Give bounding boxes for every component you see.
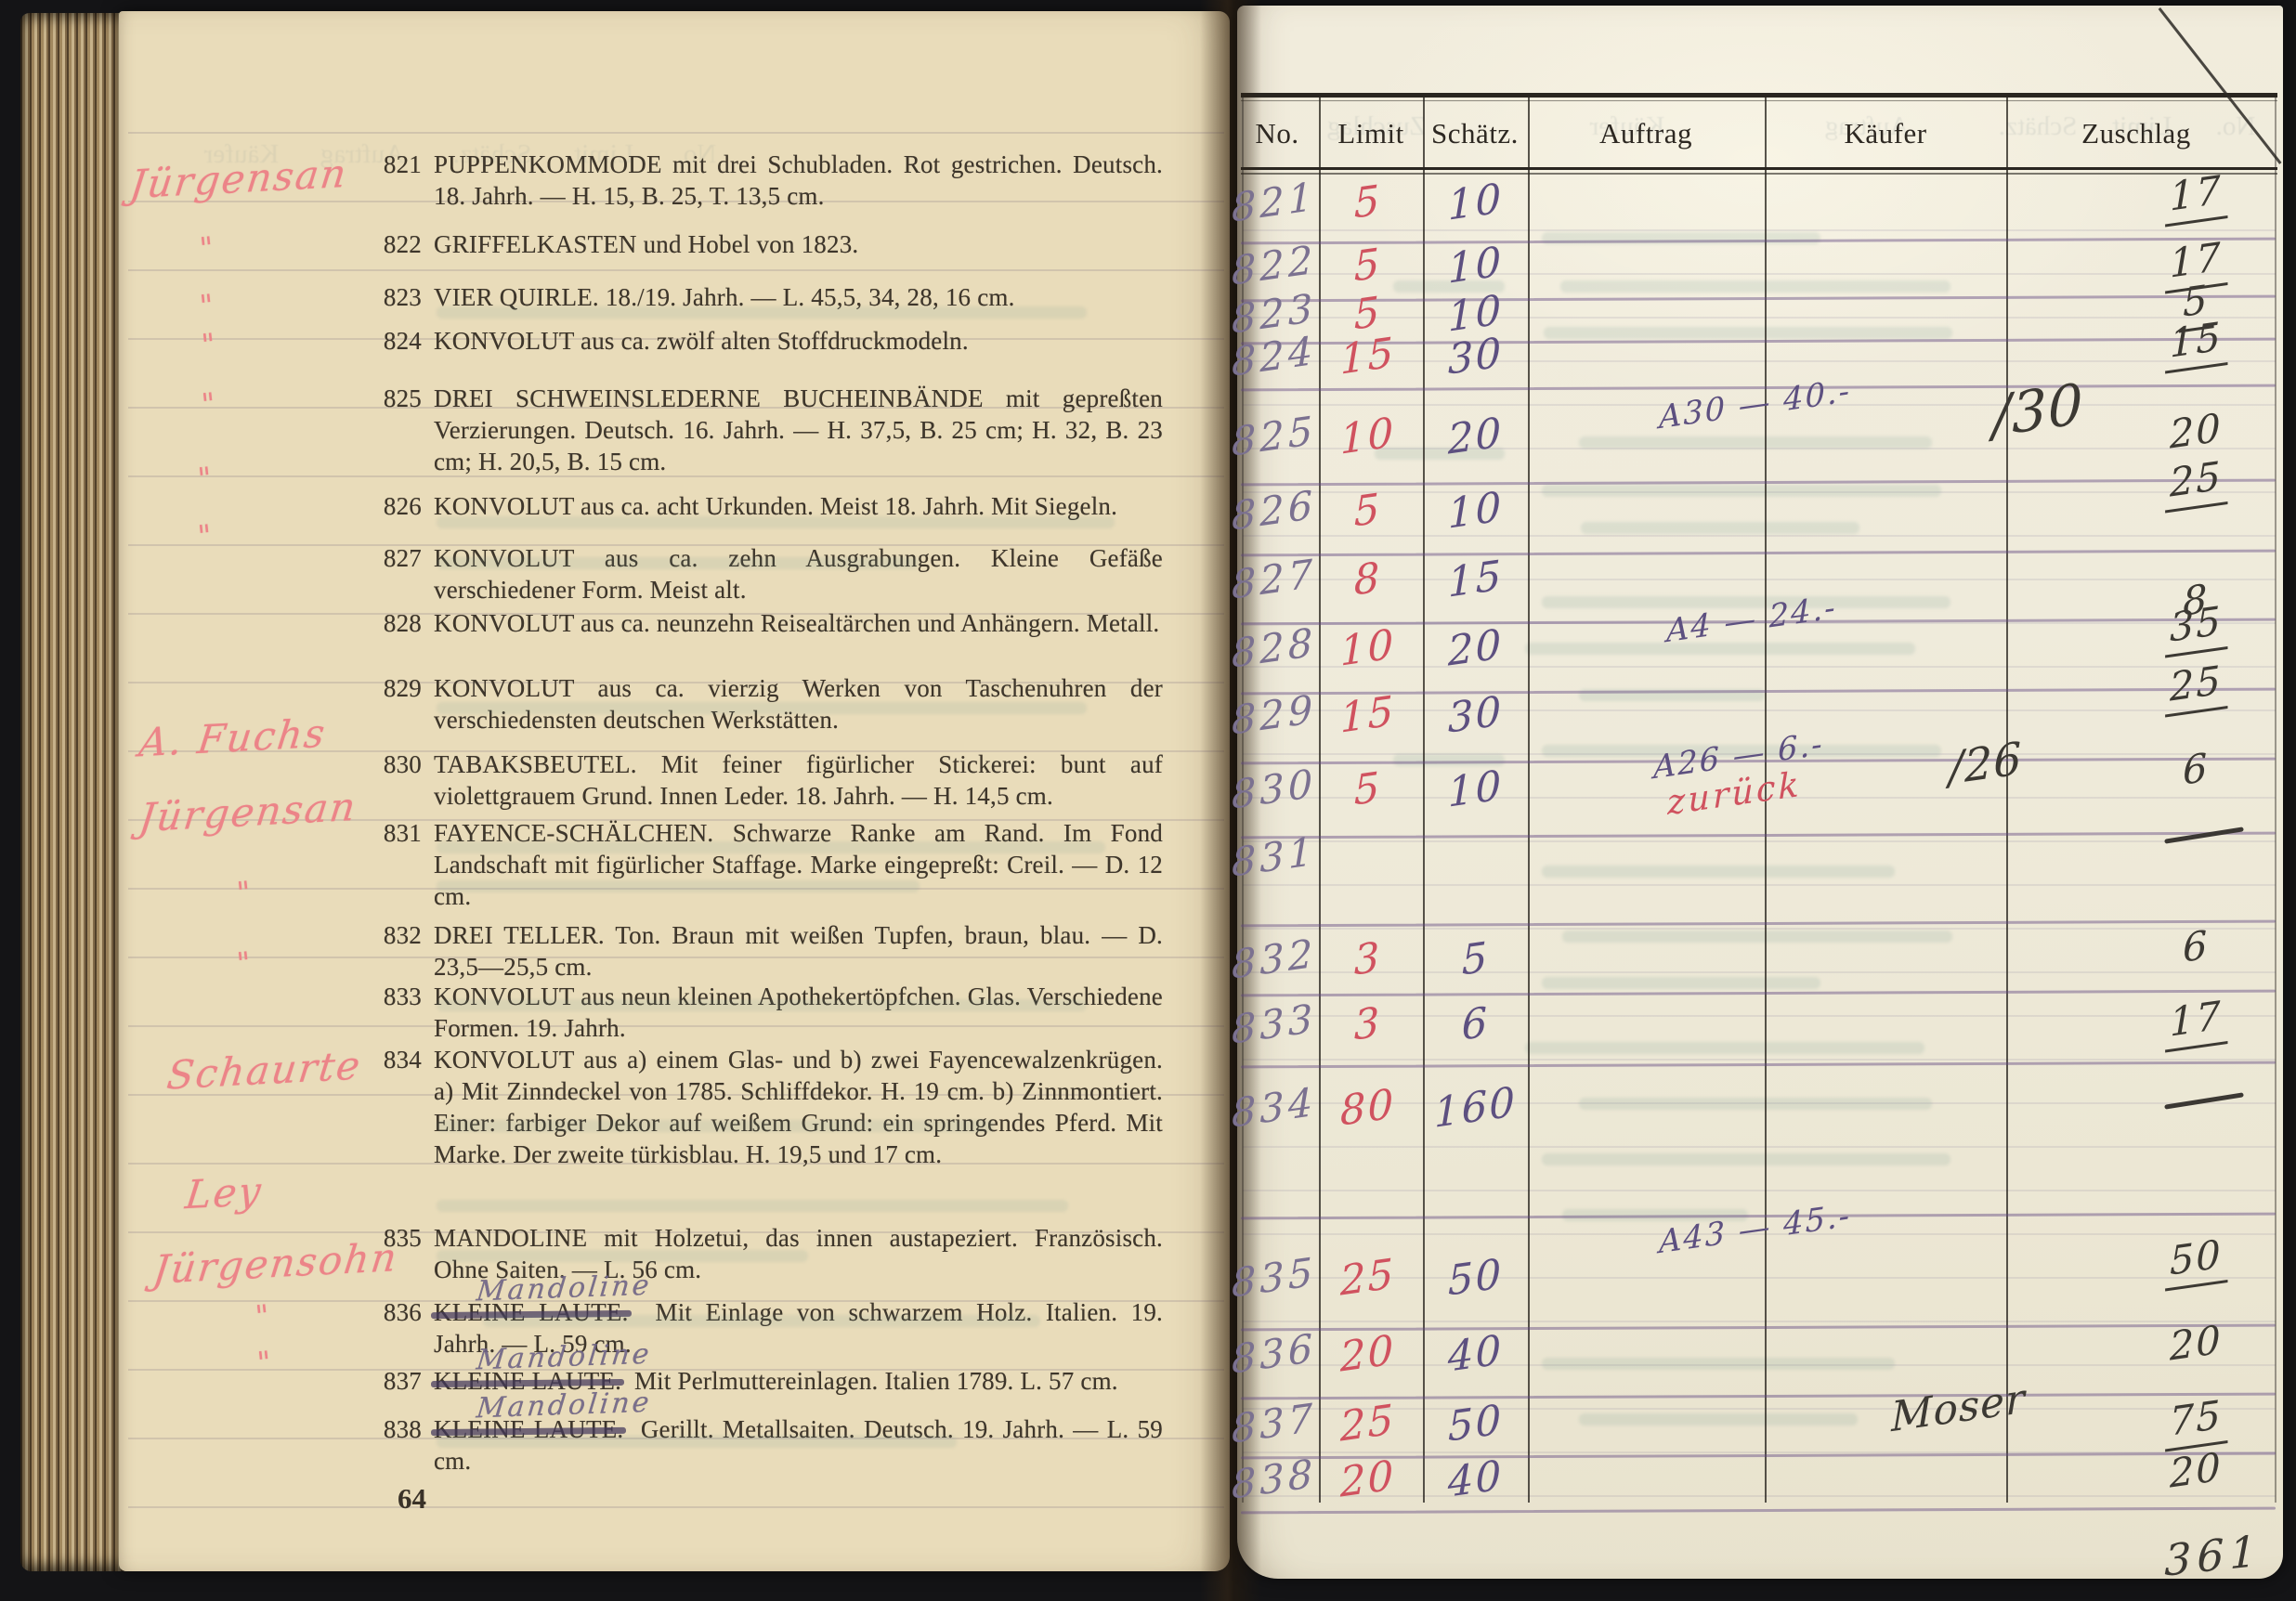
lot-description: FAYENCE-SCHÄLCHEN. Schwarze Ranke am Ran… [434,817,1163,912]
lot-number: 831 [368,817,434,912]
lot-description-text: KONVOLUT aus ca. zehn Ausgrabungen. Klei… [434,544,1163,604]
lot-description: KONVOLUT aus ca. zehn Ausgrabungen. Klei… [434,542,1163,605]
lot-description-text: KONVOLUT aus ca. vierzig Werken von Tasc… [434,674,1163,734]
catalog-entry: 821PUPPENKOMMODE mit drei Schubladen. Ro… [368,149,1163,212]
catalog-entry: 829KONVOLUT aus ca. vierzig Werken von T… [368,672,1163,735]
handwritten-correction: Mandoline [475,1387,653,1425]
margin-buyer-name: Ley [183,1168,265,1218]
catalog-entry: 832DREI TELLER. Ton. Braun mit weißen Tu… [368,919,1163,983]
column-total: 361 [2164,1525,2262,1585]
hammer-price-value: 25 [2164,452,2227,514]
lot-number: 828 [368,607,434,639]
lot-description: KONVOLUT aus ca. zwölf alten Stoffdruckm… [434,325,1163,357]
lot-description: DREI TELLER. Ton. Braun mit weißen Tupfe… [434,919,1163,983]
lot-description: KONVOLUT aus a) einem Glas- und b) zwei … [434,1044,1163,1170]
column-header-kaeufer: Käufer [1844,117,1926,150]
lot-number: 836 [368,1296,434,1360]
catalog-entry: 823VIER QUIRLE. 18./19. Jahrh. — L. 45,5… [368,281,1163,313]
hammer-price-value: 50 [2164,1230,2227,1292]
lot-description-text: KONVOLUT aus ca. zwölf alten Stoffdruckm… [434,327,969,355]
catalog-entry: 831FAYENCE-SCHÄLCHEN. Schwarze Ranke am … [368,817,1163,912]
lot-number: 837 [368,1365,434,1397]
table-top-rule [1241,93,2277,98]
lot-description-text: KONVOLUT aus ca. acht Urkunden. Meist 18… [434,492,1117,520]
header-bottom-rule [1241,167,2277,170]
page-number: 64 [398,1482,426,1516]
lot-description: KONVOLUT aus ca. vierzig Werken von Tasc… [434,672,1163,735]
lot-number: 821 [368,149,434,212]
lot-description-text: TABAKSBEUTEL. Mit feiner figürlicher Sti… [434,750,1163,810]
lot-description: GRIFFELKASTEN und Hobel von 1823. [434,228,1163,260]
column-header-zuschlag: Zuschlag [2081,117,2191,150]
column-divider [2006,97,2008,1503]
lot-description: KONVOLUT aus neun kleinen Apothekertöpfc… [434,981,1163,1044]
column-divider [2275,97,2276,1503]
handwritten-correction: Mandoline [475,1339,653,1377]
lot-number: 833 [368,981,434,1044]
lot-description-text: GRIFFELKASTEN und Hobel von 1823. [434,230,858,258]
column-header-auftrag: Auftrag [1599,117,1692,150]
column-header-no: No. [1255,117,1298,150]
buyer-note: /26 [1949,733,2023,796]
book-spine-page-edges [20,13,134,1571]
lot-description-text: FAYENCE-SCHÄLCHEN. Schwarze Ranke am Ran… [434,819,1163,910]
catalog-entry: 834KONVOLUT aus a) einem Glas- und b) zw… [368,1044,1163,1170]
lot-description: KONVOLUT aus ca. neunzehn Reisealtärchen… [434,607,1163,639]
catalog-entry: 822GRIFFELKASTEN und Hobel von 1823. [368,228,1163,260]
hammer-price-value: 15 [2164,313,2227,374]
lot-number: 829 [368,672,434,735]
lot-description: VIER QUIRLE. 18./19. Jahrh. — L. 45,5, 3… [434,281,1163,313]
lot-number: 823 [368,281,434,313]
lot-description-text: DREI TELLER. Ton. Braun mit weißen Tupfe… [434,921,1163,981]
lot-number: 830 [368,748,434,812]
table-top-rule-thin [1241,100,2277,101]
lot-description: DREI SCHWEINSLEDERNE BUCHEINBÄNDE mit ge… [434,383,1163,477]
lot-description-text: VIER QUIRLE. 18./19. Jahrh. — L. 45,5, 3… [434,283,1015,311]
column-header-limit: Limit [1337,117,1403,150]
lot-description-text: KONVOLUT aus ca. neunzehn Reisealtärchen… [434,609,1159,637]
lot-number: 832 [368,919,434,983]
catalog-entry: 833KONVOLUT aus neun kleinen Apothekertö… [368,981,1163,1044]
hammer-price-value: 35 [2164,597,2227,658]
lot-description-text: KONVOLUT aus neun kleinen Apothekertöpfc… [434,983,1163,1042]
lot-number: 834 [368,1044,434,1170]
hammer-price-value: 17 [2164,166,2227,228]
lot-number: 825 [368,383,434,477]
lot-description-text: PUPPENKOMMODE mit drei Schubladen. Rot g… [434,150,1163,210]
buyer-note: /30 [1991,371,2084,449]
handwritten-correction: Mandoline [475,1270,653,1308]
lot-number: 822 [368,228,434,260]
hammer-price-value: 25 [2164,657,2227,718]
hammer-price-value: 75 [2164,1391,2227,1452]
lot-description-text: Mit Perlmuttereinlagen. Italien 1789. L.… [634,1367,1118,1395]
lot-description: TABAKSBEUTEL. Mit feiner figürlicher Sti… [434,748,1163,812]
catalog-entry: 825DREI SCHWEINSLEDERNE BUCHEINBÄNDE mit… [368,383,1163,477]
catalog-entry: 838KLEINE LAUTE. MandolineGerillt. Metal… [368,1413,1163,1477]
lot-description: PUPPENKOMMODE mit drei Schubladen. Rot g… [434,149,1163,212]
catalog-entry: 824KONVOLUT aus ca. zwölf alten Stoffdru… [368,325,1163,357]
lot-description-text: DREI SCHWEINSLEDERNE BUCHEINBÄNDE mit ge… [434,384,1163,475]
lot-description-text: KONVOLUT aus a) einem Glas- und b) zwei … [434,1046,1163,1168]
column-header-schaetz: Schätz. [1431,117,1519,150]
lot-number: 838 [368,1413,434,1477]
lot-description: KLEINE LAUTE. MandolineGerillt. Metallsa… [434,1413,1163,1477]
column-divider [1528,97,1530,1503]
auction-catalog-photo: No. Limit Schätz. Auftrag Käufer 64 No. … [0,0,2296,1601]
catalog-entry: 826KONVOLUT aus ca. acht Urkunden. Meist… [368,490,1163,522]
catalog-entry: 828KONVOLUT aus ca. neunzehn Reisealtärc… [368,607,1163,639]
hammer-price-value: 17 [2164,992,2227,1053]
lot-number: 826 [368,490,434,522]
catalog-entry: 830TABAKSBEUTEL. Mit feiner figürlicher … [368,748,1163,812]
catalog-entry: 827KONVOLUT aus ca. zehn Ausgrabungen. K… [368,542,1163,605]
lot-number: 827 [368,542,434,605]
lot-number: 824 [368,325,434,357]
lot-description: KONVOLUT aus ca. acht Urkunden. Meist 18… [434,490,1163,522]
